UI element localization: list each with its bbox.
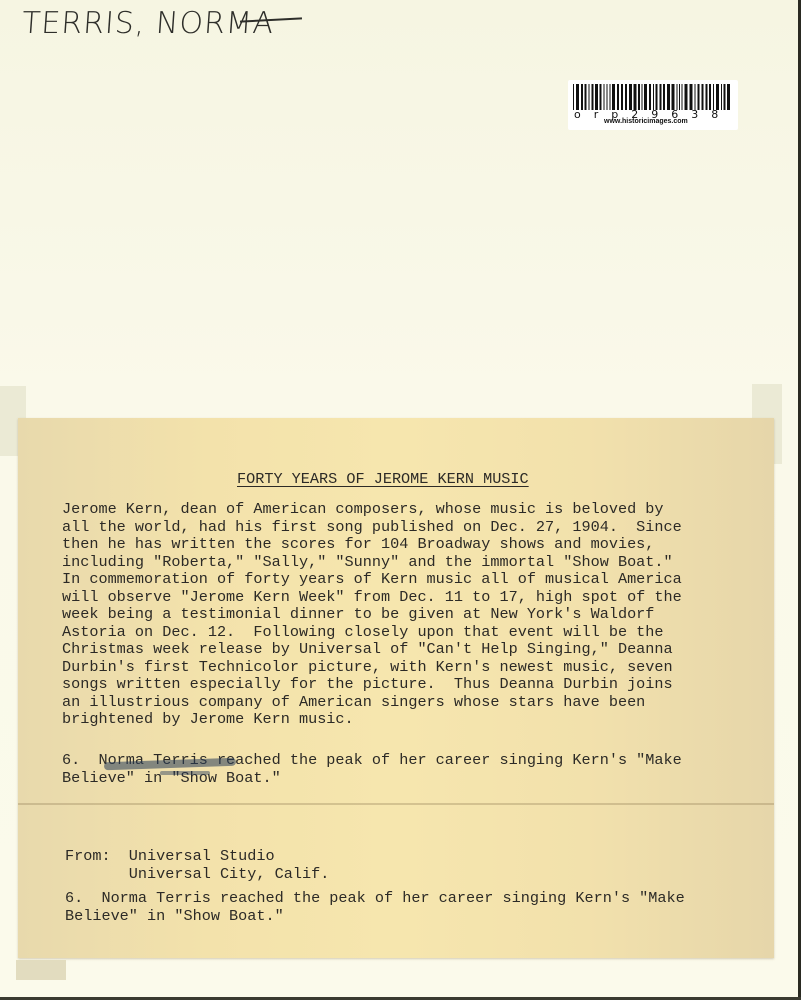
barcode-label: orp29638 www.historicimages.com bbox=[568, 80, 738, 130]
marker-highlight-2 bbox=[160, 771, 210, 775]
caption-upper: 6. Norma Terris reached the peak of her … bbox=[62, 752, 682, 787]
handwritten-label: TERRIS, NORMA bbox=[21, 6, 276, 41]
barcode-icon bbox=[573, 84, 731, 110]
clipping-headline: FORTY YEARS OF JEROME KERN MUSIC bbox=[237, 471, 529, 489]
fold-line bbox=[18, 803, 774, 805]
tape-bottom-left bbox=[16, 960, 66, 980]
from-block: From: Universal Studio Universal City, C… bbox=[65, 848, 329, 883]
caption-lower: 6. Norma Terris reached the peak of her … bbox=[65, 890, 685, 925]
clipping-body: Jerome Kern, dean of American composers,… bbox=[62, 501, 682, 729]
barcode-url: www.historicimages.com bbox=[604, 118, 688, 125]
